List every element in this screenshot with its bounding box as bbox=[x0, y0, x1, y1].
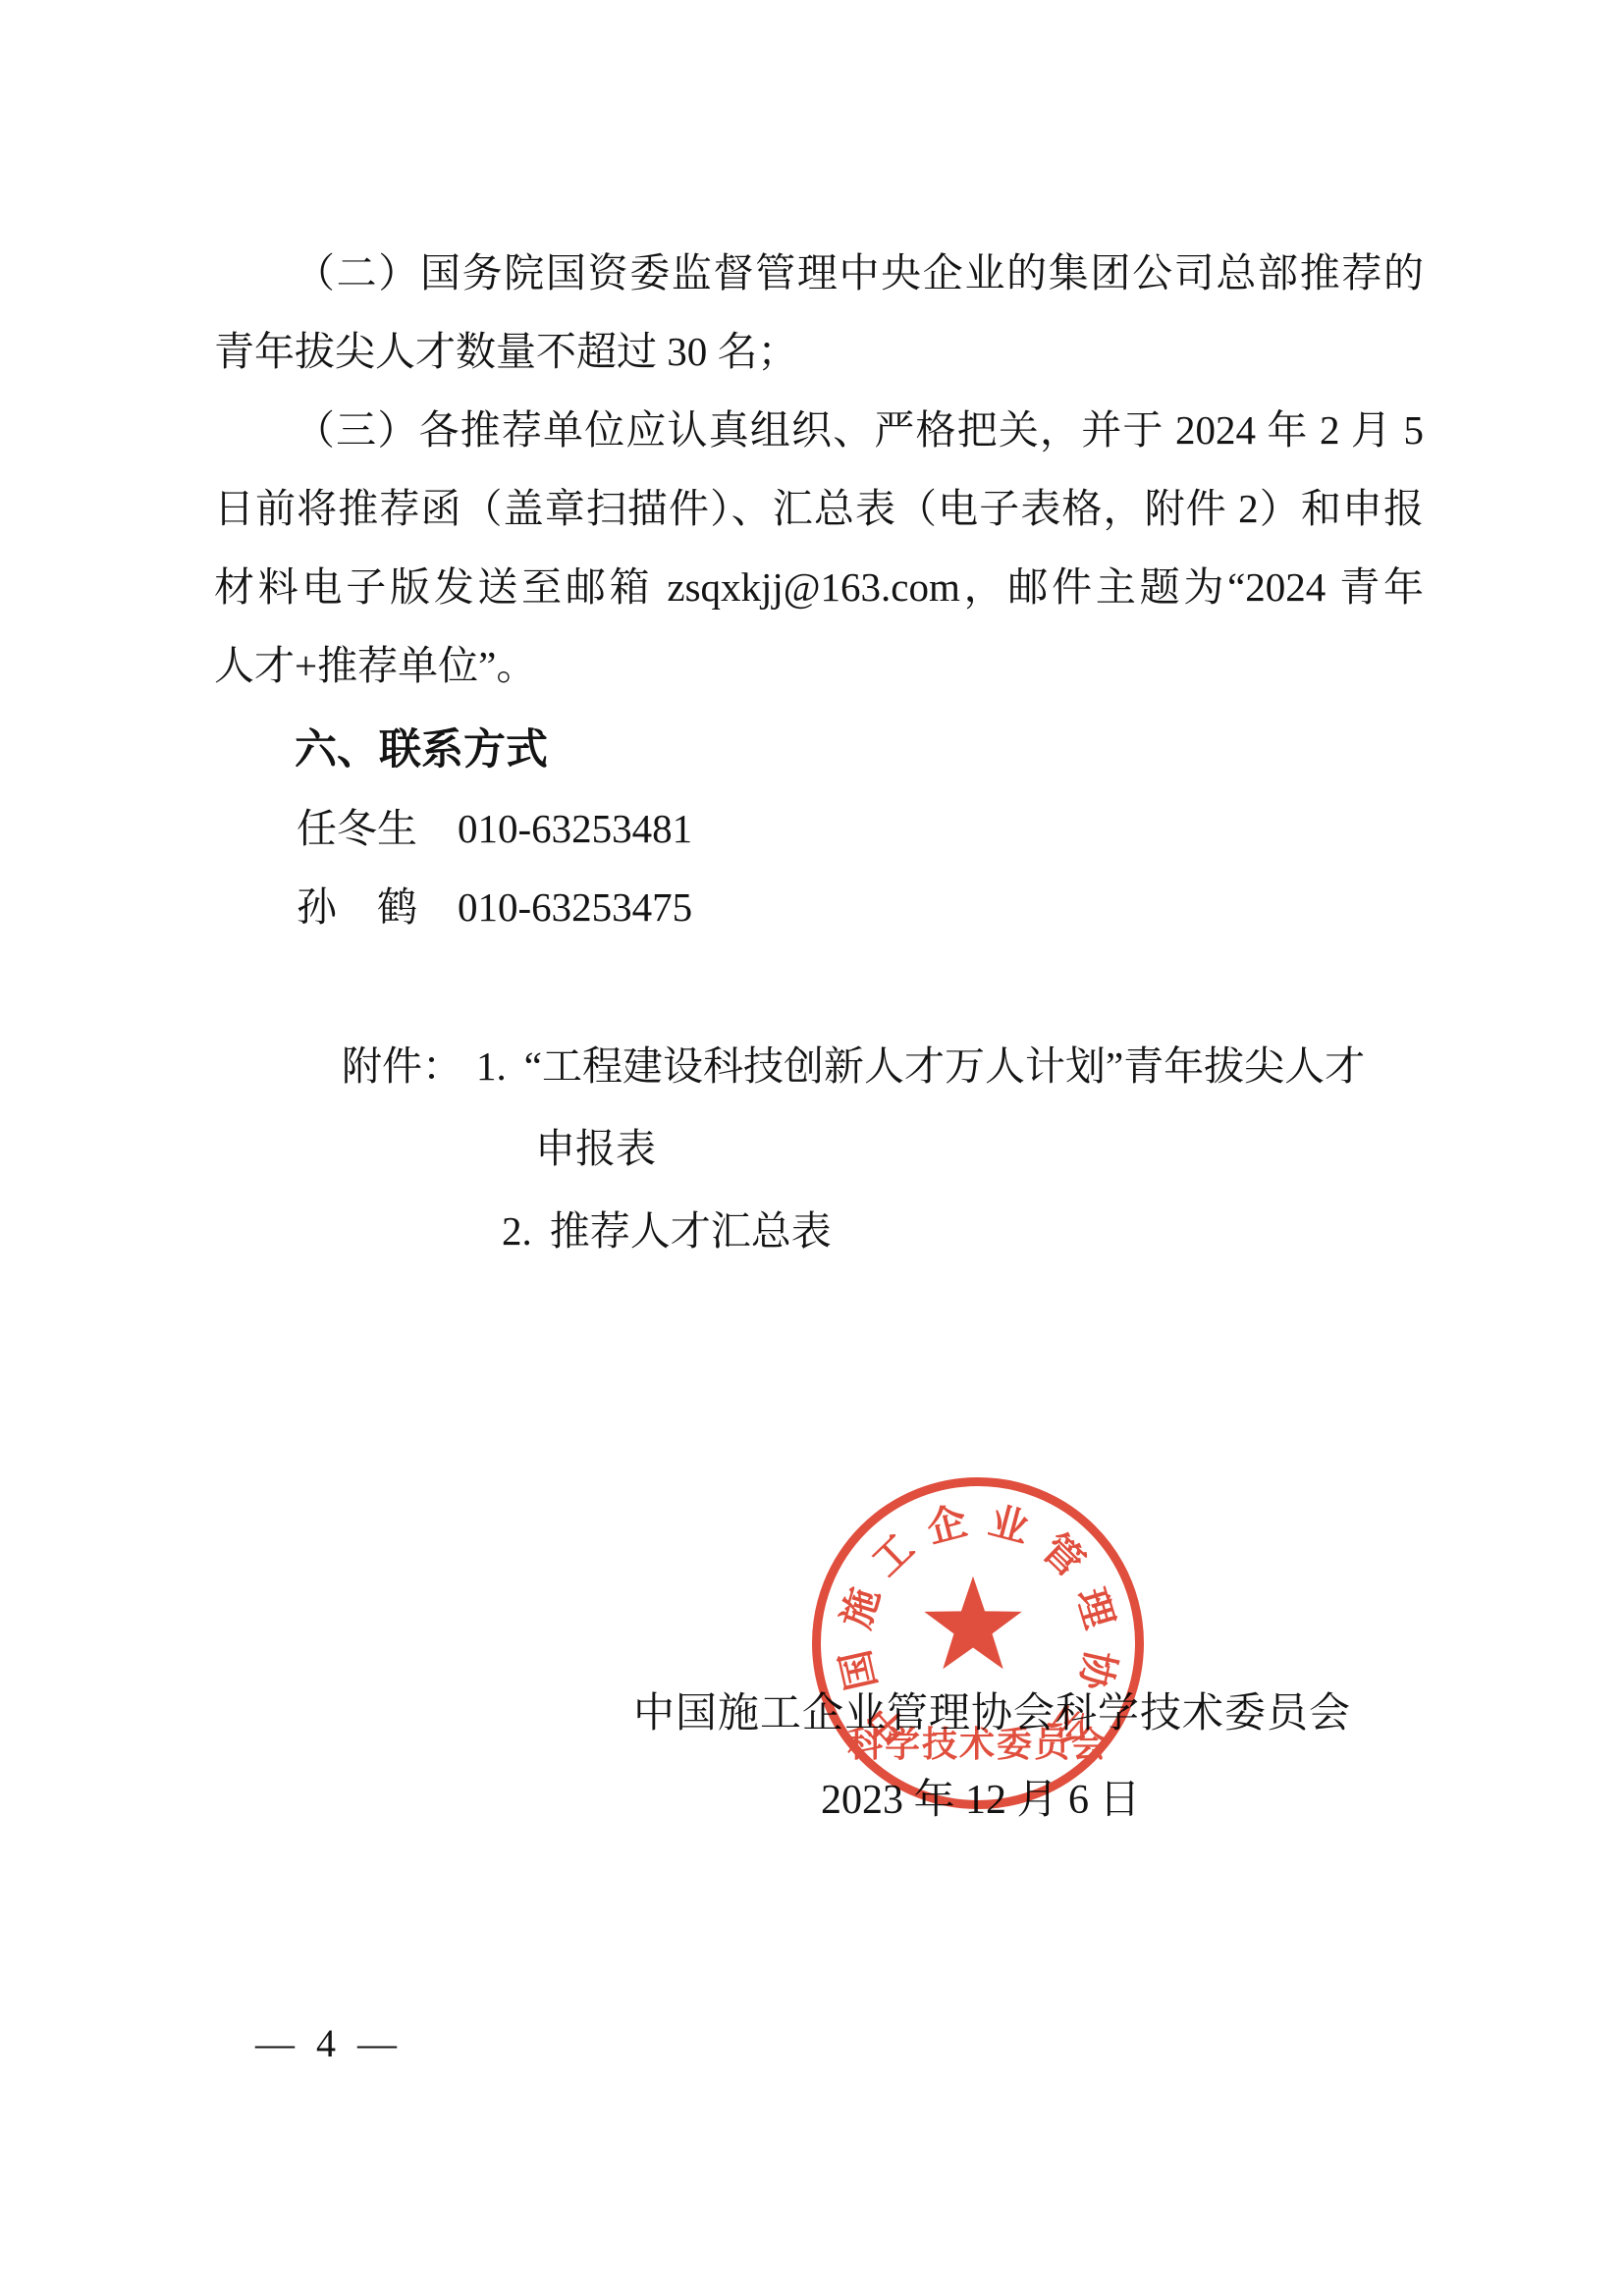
attachment-number: 1. bbox=[476, 1043, 507, 1089]
signature-date: 2023 年 12 月 6 日 bbox=[821, 1767, 1141, 1826]
contact-name: 孙 鹤 bbox=[297, 868, 458, 946]
attachment-text: 推荐人才汇总表 bbox=[550, 1208, 832, 1254]
paragraph-3-line-1: （三）各推荐单位应认真组织、严格把关，并于 2024 年 2 月 5 bbox=[214, 391, 1424, 469]
attachment-text: “工程建设科技创新人才万人计划”青年拔尖人才 bbox=[524, 1043, 1365, 1089]
contact-row-1: 任冬生010-63253481 bbox=[214, 789, 1424, 868]
attachment-number: 2. bbox=[502, 1208, 532, 1254]
paragraph-3-line-4: 人才+推荐单位”。 bbox=[214, 626, 1424, 705]
official-seal: 中国施工企业管理协会 科学技术委员会 bbox=[812, 1477, 1144, 1809]
paragraph-2-line-1: （二）国务院国资委监督管理中央企业的集团公司总部推荐的 bbox=[214, 234, 1424, 312]
page-number: — 4 — bbox=[255, 2020, 403, 2066]
paragraph-2-line-2: 青年拔尖人才数量不超过 30 名； bbox=[214, 312, 1424, 391]
attachments-label: 附件： bbox=[342, 1043, 462, 1089]
attachments-block: 附件：1.“工程建设科技创新人才万人计划”青年拔尖人才 申报表 2.推荐人才汇总… bbox=[214, 1025, 1424, 1272]
star-icon bbox=[918, 1573, 1028, 1682]
seal-arc-text: 中国施工企业管理协会 bbox=[812, 1477, 1144, 1809]
paragraph-3-line-3: 材料电子版发送至邮箱 zsqxkjj@163.com，邮件主题为“2024 青年 bbox=[214, 548, 1424, 626]
attachment-item-1-line-2: 申报表 bbox=[214, 1107, 1424, 1190]
contact-row-2: 孙 鹤010-63253475 bbox=[214, 868, 1424, 946]
attachment-item-1-line-1: 附件：1.“工程建设科技创新人才万人计划”青年拔尖人才 bbox=[214, 1025, 1424, 1107]
contact-name: 任冬生 bbox=[297, 789, 458, 868]
seal-ring-icon bbox=[812, 1477, 1144, 1809]
document-body: （二）国务院国资委监督管理中央企业的集团公司总部推荐的 青年拔尖人才数量不超过 … bbox=[214, 234, 1424, 1272]
contact-heading: 六、联系方式 bbox=[214, 711, 1424, 789]
document-page: { "page": { "number": "— 4 —" }, "body":… bbox=[0, 0, 1624, 2296]
attachment-item-2: 2.推荐人才汇总表 bbox=[214, 1190, 1424, 1272]
contact-phone: 010-63253481 bbox=[458, 806, 692, 851]
signature-org: 中国施工企业管理协会科学技术委员会 bbox=[633, 1681, 1351, 1739]
contact-phone: 010-63253475 bbox=[458, 884, 692, 930]
paragraph-3-line-2: 日前将推荐函（盖章扫描件）、汇总表（电子表格，附件 2）和申报 bbox=[214, 469, 1424, 548]
